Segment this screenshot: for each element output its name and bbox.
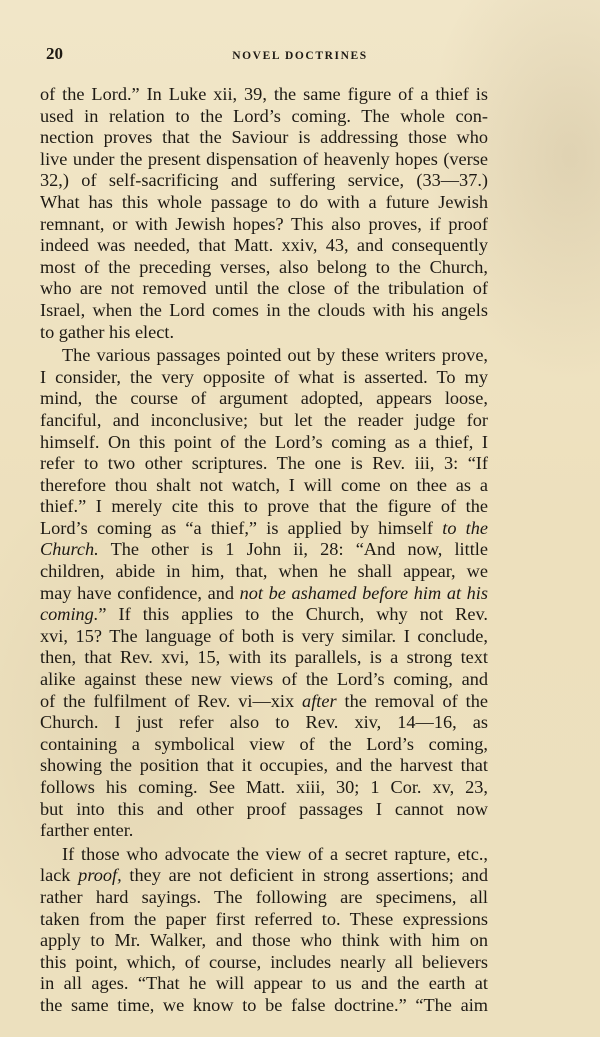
text-line: 32,) of self-sacrificing and suffering s… xyxy=(40,170,488,192)
text-segment: of the Lord.” In Luke xii, 39, the same … xyxy=(40,84,488,104)
text-line: himself. On this point of the Lord’s com… xyxy=(40,432,488,454)
text-segment: this point, which, of course, includes n… xyxy=(40,952,488,972)
text-line: children, abide in him, that, when he sh… xyxy=(40,561,488,583)
text-line: coming.” If this applies to the Church, … xyxy=(40,604,488,626)
text-line: therefore thou shalt not watch, I will c… xyxy=(40,475,488,497)
paragraph: If those who advocate the view of a secr… xyxy=(40,844,488,1017)
text-segment: the removal of the xyxy=(337,691,488,711)
text-segment: in all ages. “That he will appear to us … xyxy=(40,973,488,993)
italic-text: not be ashamed before him at his xyxy=(240,583,488,603)
paragraph: The various passages pointed out by thes… xyxy=(40,345,488,842)
text-line: alike against these new views of the Lor… xyxy=(40,669,488,691)
text-segment: mind, the course of argument adopted, ap… xyxy=(40,388,488,408)
text-segment: Church. I just refer also to Rev. xiv, 1… xyxy=(40,712,488,732)
italic-text: after xyxy=(302,691,337,711)
text-segment: who are not removed until the close of t… xyxy=(40,278,488,298)
text-line: What has this whole passage to do with a… xyxy=(40,192,488,214)
text-segment: I consider, the very opposite of what is… xyxy=(40,367,488,387)
text-segment: therefore thou shalt not watch, I will c… xyxy=(40,475,488,495)
text-line: live under the present dispensation of h… xyxy=(40,149,488,171)
text-segment: indeed was needed, that Matt. xxiv, 43, … xyxy=(40,235,488,255)
italic-text: Church. xyxy=(40,539,99,559)
text-segment: The various passages pointed out by thes… xyxy=(62,345,488,365)
text-segment: 32,) of self-sacrificing and suffering s… xyxy=(40,170,488,190)
text-line: taken from the paper first referred to. … xyxy=(40,909,488,931)
text-line: remnant, or with Jewish hopes? This also… xyxy=(40,214,488,236)
text-segment: fanciful, and inconclusive; but let the … xyxy=(40,410,488,430)
text-line: Israel, when the Lord comes in the cloud… xyxy=(40,300,488,322)
text-segment: follows his coming. See Matt. xiii, 30; … xyxy=(40,777,488,797)
text-segment: of the fulfilment of Rev. vi—xix xyxy=(40,691,302,711)
text-line: but into this and other proof passages I… xyxy=(40,799,488,821)
text-segment: to gather his elect. xyxy=(40,322,174,342)
text-line: this point, which, of course, includes n… xyxy=(40,952,488,974)
text-segment: may have confidence, and xyxy=(40,583,240,603)
text-segment: refer to two other scriptures. The one i… xyxy=(40,453,488,473)
text-segment: If those who advocate the view of a secr… xyxy=(62,844,488,864)
text-line: follows his coming. See Matt. xiii, 30; … xyxy=(40,777,488,799)
text-line: Lord’s coming as “a thief,” is applied b… xyxy=(40,518,488,540)
text-segment: containing a symbolical view of the Lord… xyxy=(40,734,488,754)
text-line: used in relation to the Lord’s coming. T… xyxy=(40,106,488,128)
text-line: containing a symbolical view of the Lord… xyxy=(40,734,488,756)
text-segment: Lord’s coming as “a thief,” is applied b… xyxy=(40,518,442,538)
text-line: apply to Mr. Walker, and those who think… xyxy=(40,930,488,952)
text-segment: then, that Rev. xvi, 15, with its parall… xyxy=(40,647,488,667)
text-line: The various passages pointed out by thes… xyxy=(40,345,488,367)
text-segment: rather hard sayings. The following are s… xyxy=(40,887,488,907)
text-segment: thief.” I merely cite this to prove that… xyxy=(40,496,488,516)
text-segment: they are not deficient in strong asserti… xyxy=(122,865,488,885)
text-line: showing the position that it occupies, a… xyxy=(40,755,488,777)
text-line: who are not removed until the close of t… xyxy=(40,278,488,300)
text-segment: live under the present dispensation of h… xyxy=(40,149,488,169)
italic-text: coming. xyxy=(40,604,98,624)
text-segment: showing the position that it occupies, a… xyxy=(40,755,488,775)
text-segment: lack xyxy=(40,865,78,885)
text-line: If those who advocate the view of a secr… xyxy=(40,844,488,866)
text-line: then, that Rev. xvi, 15, with its parall… xyxy=(40,647,488,669)
body-text: of the Lord.” In Luke xii, 39, the same … xyxy=(40,84,488,1017)
running-title: NOVEL DOCTRINES xyxy=(46,50,554,62)
text-line: thief.” I merely cite this to prove that… xyxy=(40,496,488,518)
text-line: to gather his elect. xyxy=(40,322,488,344)
text-segment: apply to Mr. Walker, and those who think… xyxy=(40,930,488,950)
text-line: Church. I just refer also to Rev. xiv, 1… xyxy=(40,712,488,734)
text-line: the same time, we know to be false doctr… xyxy=(40,995,488,1017)
text-line: most of the preceding verses, also belon… xyxy=(40,257,488,279)
text-segment: Israel, when the Lord comes in the cloud… xyxy=(40,300,488,320)
text-segment: farther enter. xyxy=(40,820,133,840)
text-line: refer to two other scriptures. The one i… xyxy=(40,453,488,475)
book-page: 20 NOVEL DOCTRINES of the Lord.” In Luke… xyxy=(0,0,600,1037)
paragraph: of the Lord.” In Luke xii, 39, the same … xyxy=(40,84,488,343)
text-segment: alike against these new views of the Lor… xyxy=(40,669,488,689)
text-segment: remnant, or with Jewish hopes? This also… xyxy=(40,214,488,234)
text-segment: most of the preceding verses, also belon… xyxy=(40,257,488,277)
text-line: of the Lord.” In Luke xii, 39, the same … xyxy=(40,84,488,106)
text-segment: The other is 1 John ii, 28: “And now, li… xyxy=(99,539,488,559)
text-segment: taken from the paper first referred to. … xyxy=(40,909,488,929)
text-line: fanciful, and inconclusive; but let the … xyxy=(40,410,488,432)
text-line: Church. The other is 1 John ii, 28: “And… xyxy=(40,539,488,561)
text-line: rather hard sayings. The following are s… xyxy=(40,887,488,909)
text-segment: the same time, we know to be false doctr… xyxy=(40,995,488,1015)
text-segment: ” If this applies to the Church, why not… xyxy=(98,604,488,624)
text-segment: children, abide in him, that, when he sh… xyxy=(40,561,488,581)
text-line: of the fulfilment of Rev. vi—xix after t… xyxy=(40,691,488,713)
text-segment: but into this and other proof passages I… xyxy=(40,799,488,819)
text-line: in all ages. “That he will appear to us … xyxy=(40,973,488,995)
text-line: mind, the course of argument adopted, ap… xyxy=(40,388,488,410)
text-line: indeed was needed, that Matt. xxiv, 43, … xyxy=(40,235,488,257)
text-segment: What has this whole passage to do with a… xyxy=(40,192,488,212)
text-line: I consider, the very opposite of what is… xyxy=(40,367,488,389)
italic-text: proof, xyxy=(78,865,122,885)
text-segment: used in relation to the Lord’s coming. T… xyxy=(40,106,488,126)
text-line: lack proof, they are not deficient in st… xyxy=(40,865,488,887)
text-segment: nection proves that the Saviour is addre… xyxy=(40,127,488,147)
text-line: farther enter. xyxy=(40,820,488,842)
text-segment: himself. On this point of the Lord’s com… xyxy=(40,432,488,452)
text-line: may have confidence, and not be ashamed … xyxy=(40,583,488,605)
text-line: xvi, 15? The language of both is very si… xyxy=(40,626,488,648)
text-segment: xvi, 15? The language of both is very si… xyxy=(40,626,488,646)
italic-text: to the xyxy=(442,518,488,538)
text-line: nection proves that the Saviour is addre… xyxy=(40,127,488,149)
running-head: 20 NOVEL DOCTRINES xyxy=(46,44,554,68)
